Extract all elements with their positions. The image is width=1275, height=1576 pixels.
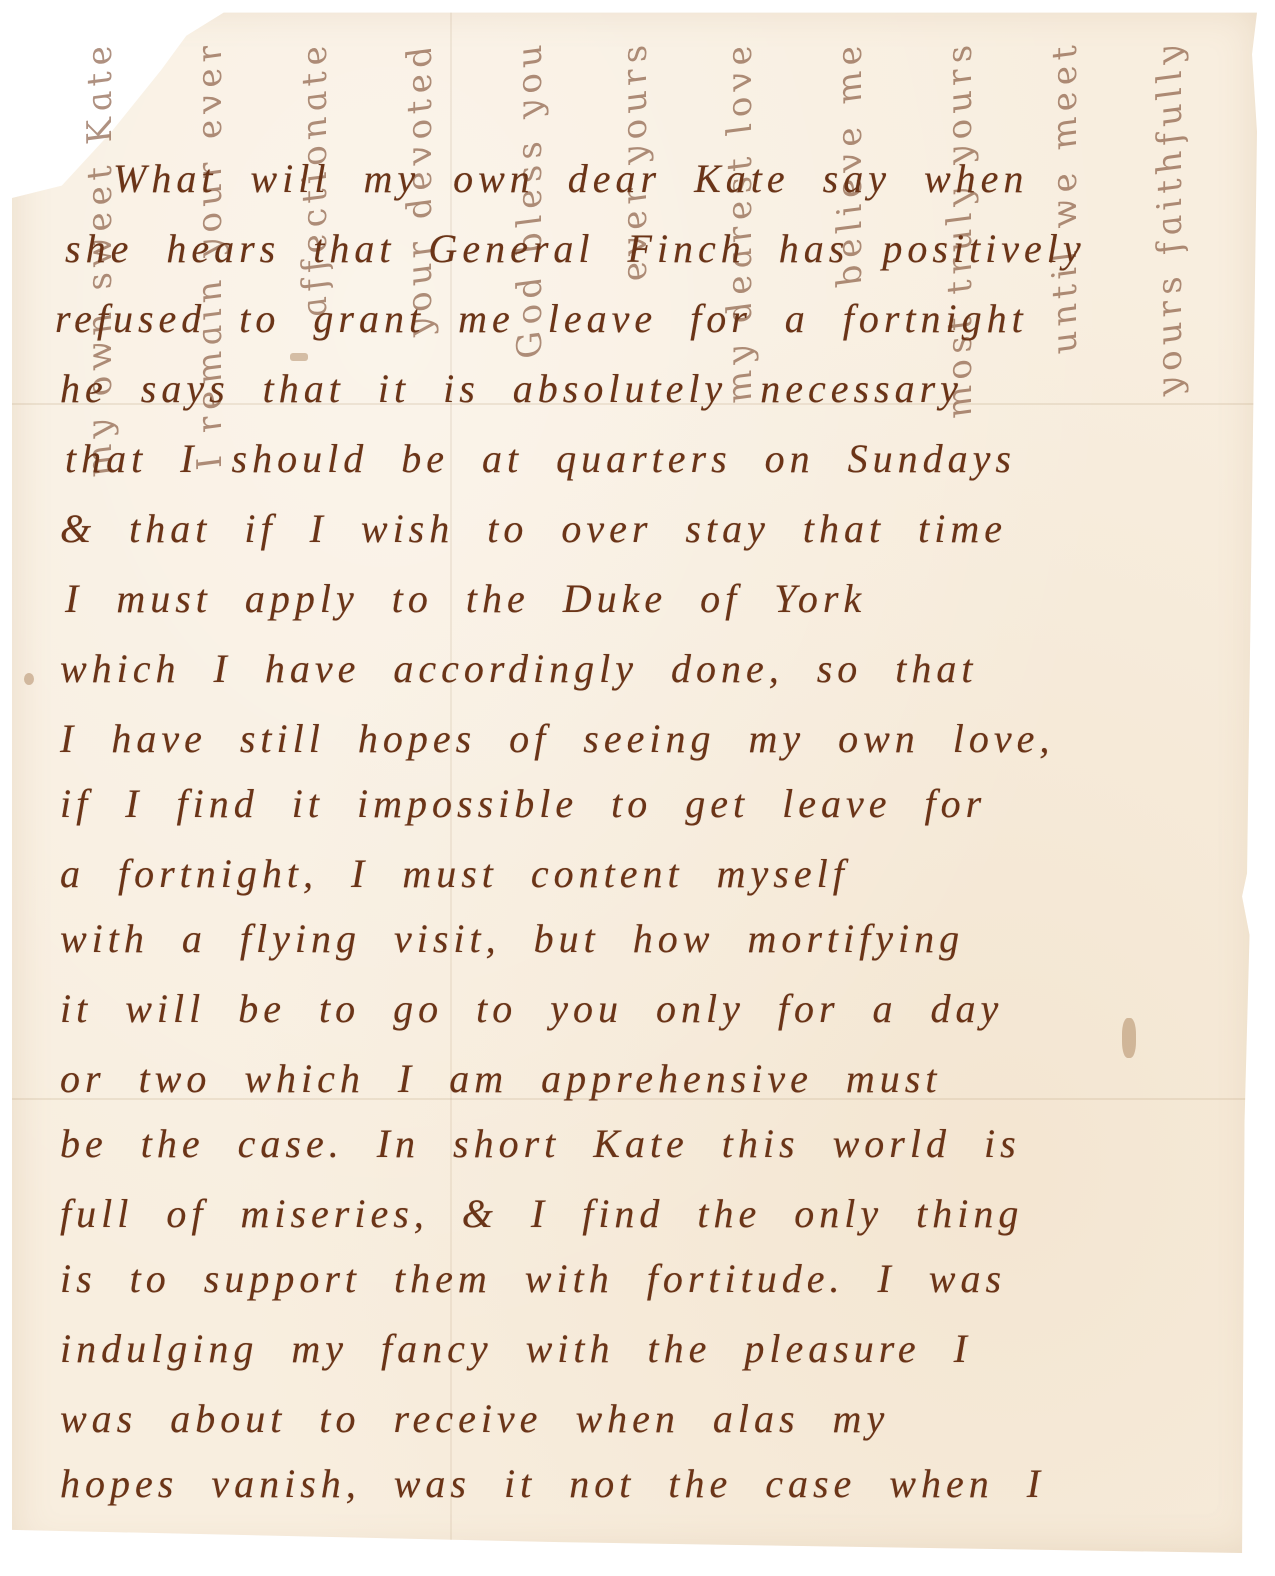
letter-line: & that if I wish to over stay that time	[60, 505, 1007, 552]
letter-line: I have still hopes of seeing my own love…	[60, 715, 1054, 762]
letter-line: if I find it impossible to get leave for	[60, 780, 986, 827]
ink-stain	[290, 353, 308, 361]
letter-line: indulging my fancy with the pleasure I	[60, 1325, 972, 1372]
ink-stain	[24, 673, 34, 685]
letter-line: with a flying visit, but how mortifying	[60, 915, 964, 962]
scanned-letter: my own sweet Kate I remain your ever aff…	[0, 0, 1275, 1576]
letter-line: she hears that General Finch has positiv…	[65, 225, 1086, 272]
letter-line: he says that it is absolutely necessary	[60, 365, 963, 412]
letter-line: refused to grant me leave for a fortnigh…	[55, 295, 1028, 342]
letter-line: What will my own dear Kate say when	[113, 155, 1028, 202]
letter-line: I must apply to the Duke of York	[65, 575, 866, 622]
letter-line: hopes vanish, was it not the case when I	[60, 1460, 1045, 1507]
letter-line: which I have accordingly done, so that	[60, 645, 978, 692]
letter-line: is to support them with fortitude. I was	[60, 1255, 1006, 1302]
letter-line: a fortnight, I must content myself	[60, 850, 849, 897]
letter-line: be the case. In short Kate this world is	[60, 1120, 1021, 1167]
letter-line: or two which I am apprehensive must	[60, 1055, 941, 1102]
letter-line: it will be to go to you only for a day	[60, 985, 1003, 1032]
letter-line: that I should be at quarters on Sundays	[65, 435, 1016, 482]
ink-stain	[1122, 1018, 1136, 1058]
letter-line: full of miseries, & I find the only thin…	[60, 1190, 1023, 1237]
letter-line: was about to receive when alas my	[60, 1395, 889, 1442]
